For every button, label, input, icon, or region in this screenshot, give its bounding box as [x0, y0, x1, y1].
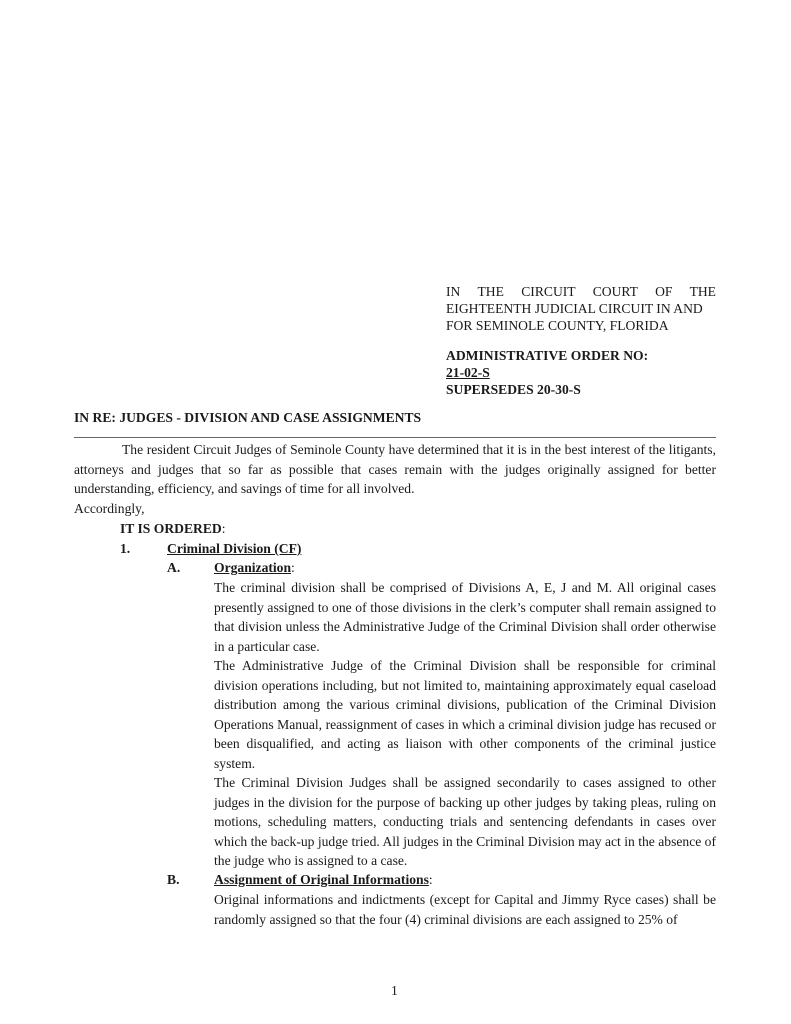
preamble-text: The resident Circuit Judges of Seminole …: [74, 442, 716, 496]
it-is-ordered-colon: :: [222, 521, 226, 536]
subsection-a-colon: :: [291, 560, 295, 575]
subsection-b-paragraph: Original informations and indictments (e…: [214, 890, 716, 929]
order-label: ADMINISTRATIVE ORDER NO:: [446, 347, 648, 364]
subsection-a-paragraph: The criminal division shall be comprised…: [214, 578, 716, 656]
preamble-paragraph: The resident Circuit Judges of Seminole …: [74, 440, 716, 499]
subsection-a-body: The criminal division shall be comprised…: [214, 578, 716, 871]
it-is-ordered-label: IT IS ORDERED: [120, 521, 222, 536]
subsection-b-colon: :: [429, 872, 433, 887]
subsection-b-title: Assignment of Original Informations: [214, 872, 429, 887]
section-1-number: 1.: [120, 541, 130, 556]
it-is-ordered: IT IS ORDERED:: [120, 519, 226, 539]
caption-line-1: IN THE CIRCUIT COURT OF THE: [446, 283, 716, 300]
subsection-b-body: Original informations and indictments (e…: [214, 890, 716, 929]
order-supersedes: SUPERSEDES 20-30-S: [446, 381, 648, 398]
subsection-a-paragraph: The Administrative Judge of the Criminal…: [214, 656, 716, 773]
accordingly-text: Accordingly,: [74, 499, 144, 519]
order-block: ADMINISTRATIVE ORDER NO: 21-02-S SUPERSE…: [446, 347, 648, 398]
section-1-heading: 1.: [120, 539, 130, 559]
page-number: 1: [391, 983, 398, 999]
order-number: 21-02-S: [446, 364, 648, 381]
heading-divider: [74, 437, 716, 438]
subsection-b-letter: B.: [167, 870, 179, 890]
subsection-a-heading: Organization:: [214, 558, 295, 578]
subsection-a-letter: A.: [167, 558, 180, 578]
court-caption: IN THE CIRCUIT COURT OF THE EIGHTEENTH J…: [446, 283, 716, 334]
caption-line-3: FOR SEMINOLE COUNTY, FLORIDA: [446, 317, 716, 334]
subsection-a-title: Organization: [214, 560, 291, 575]
subsection-a-paragraph: The Criminal Division Judges shall be as…: [214, 773, 716, 871]
caption-line-2: EIGHTEENTH JUDICIAL CIRCUIT IN AND: [446, 300, 716, 317]
subsection-b-heading: Assignment of Original Informations:: [214, 870, 433, 890]
section-1-title: Criminal Division (CF): [167, 539, 301, 559]
in-re-heading: IN RE: JUDGES - DIVISION AND CASE ASSIGN…: [74, 410, 421, 426]
